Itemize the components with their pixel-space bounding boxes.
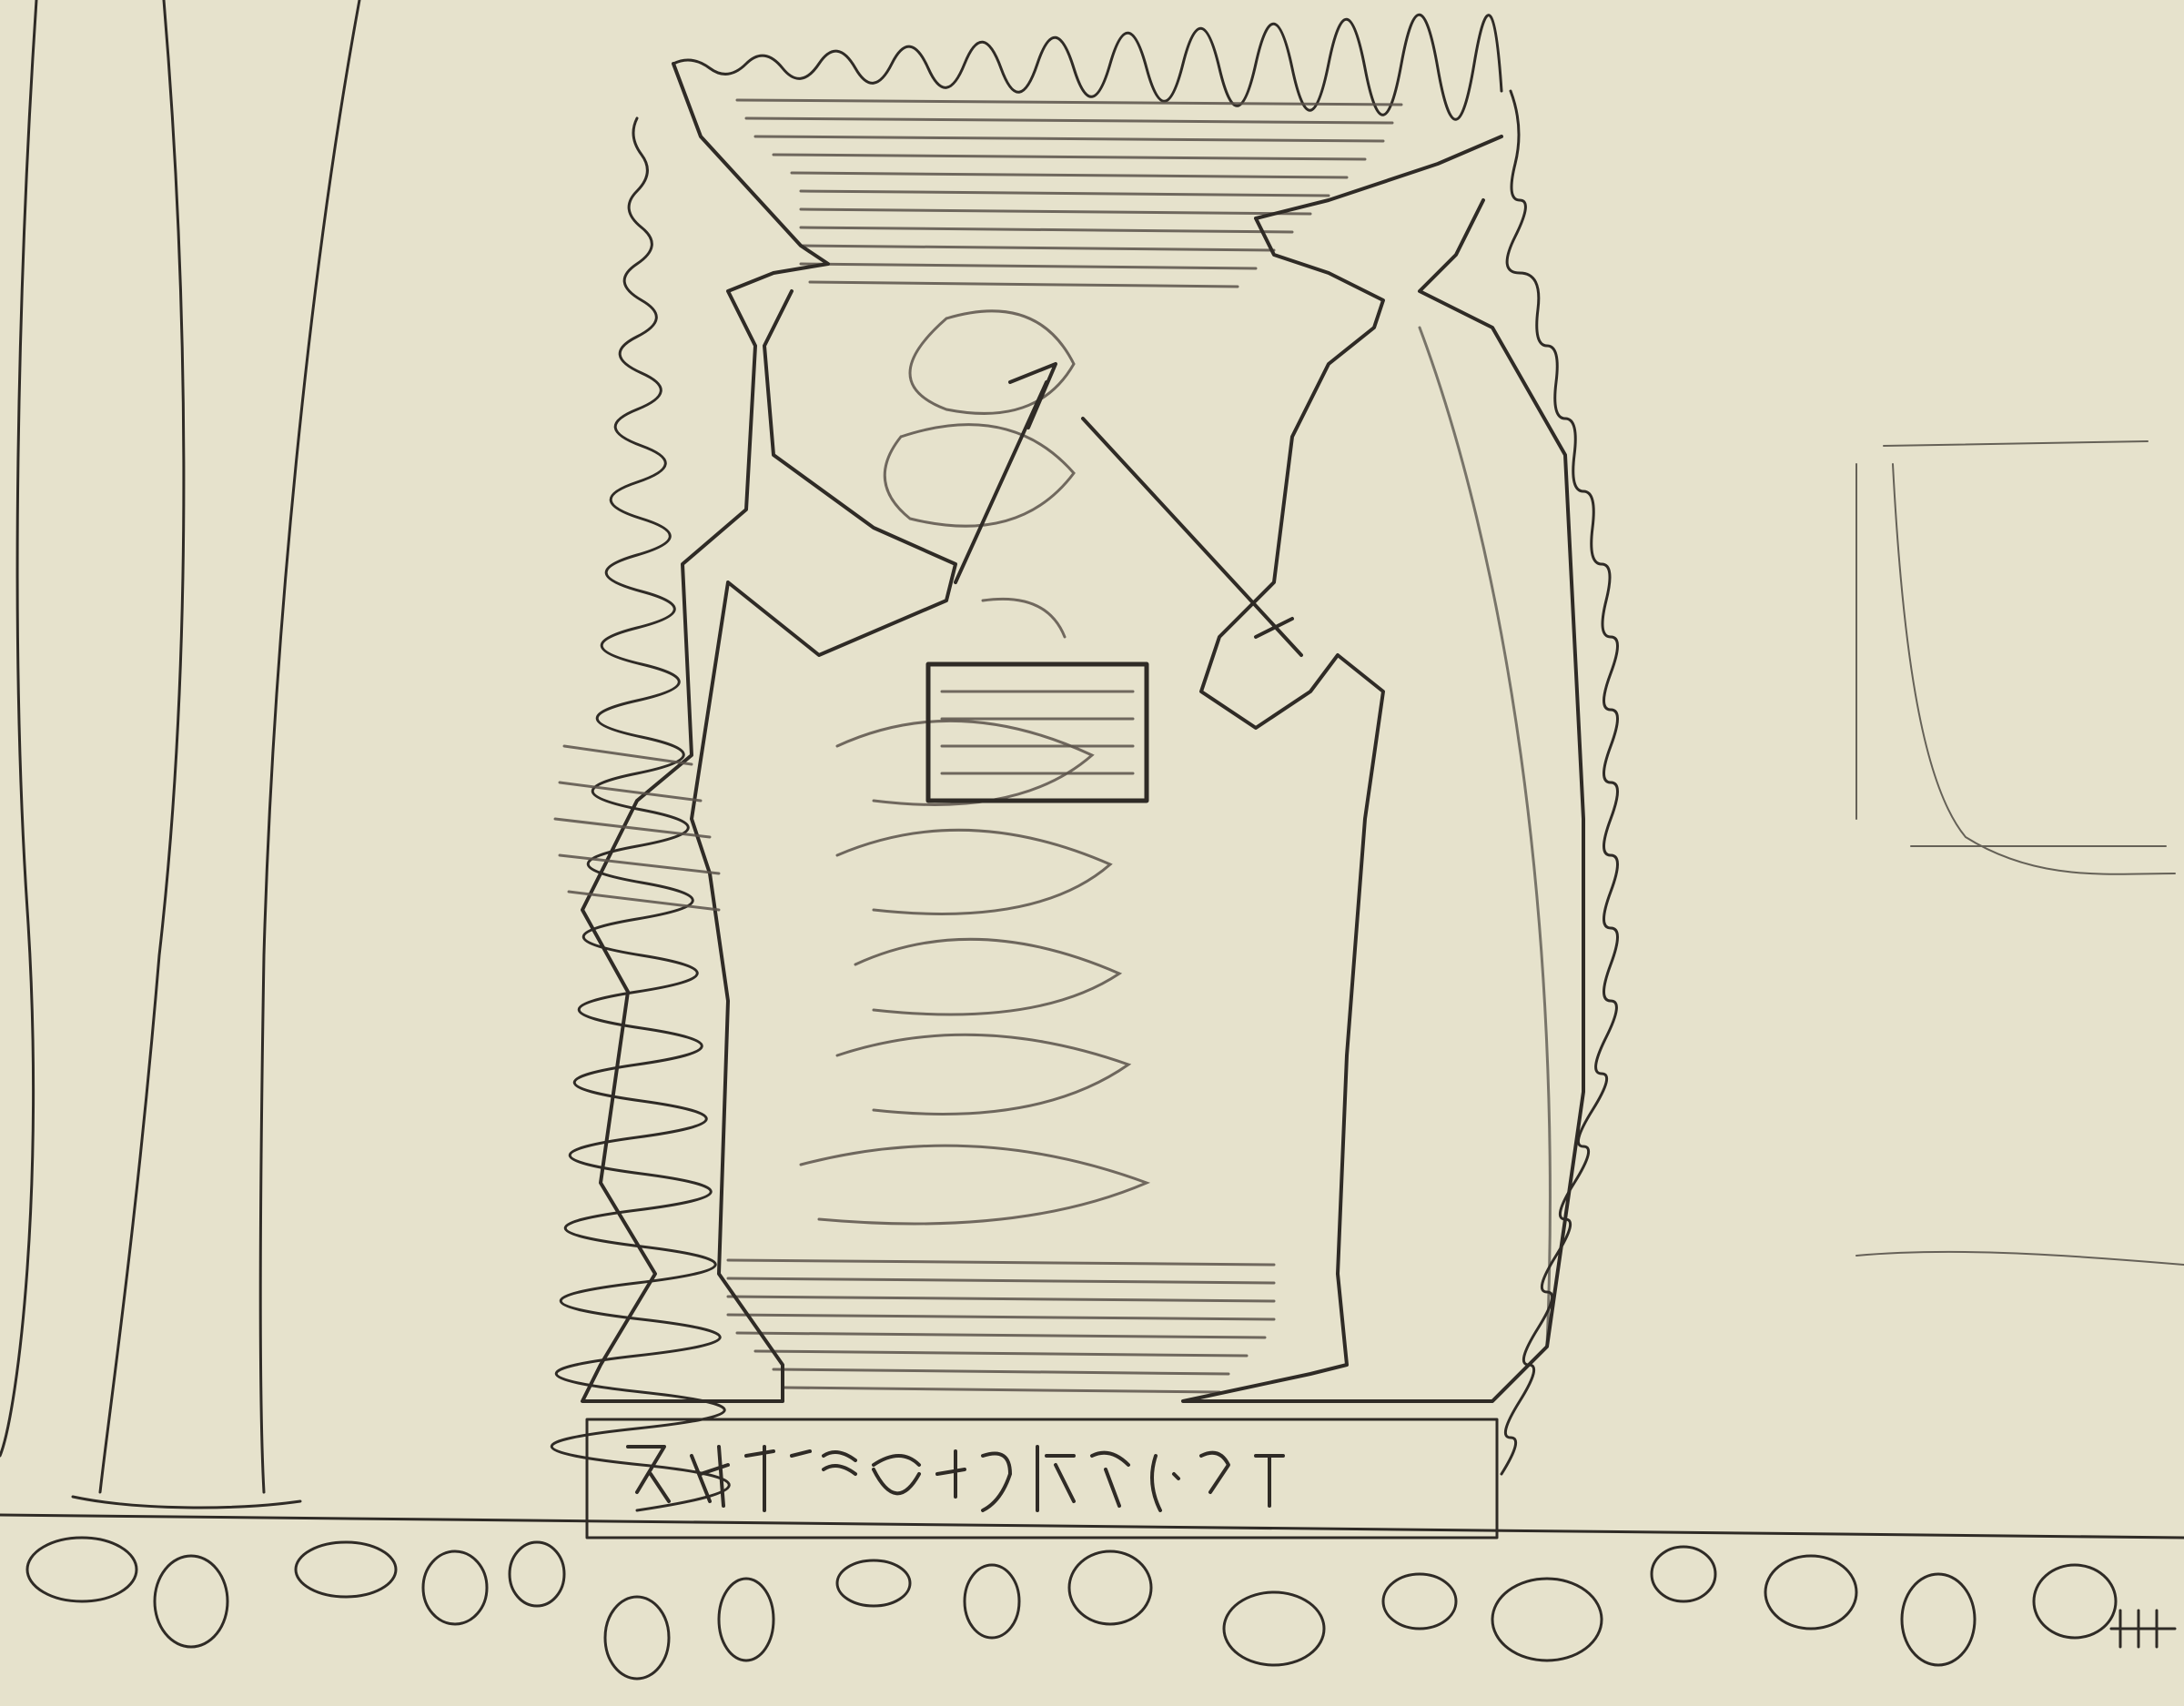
paper-background [0,0,2184,1706]
ink-illustration [0,0,2184,1706]
